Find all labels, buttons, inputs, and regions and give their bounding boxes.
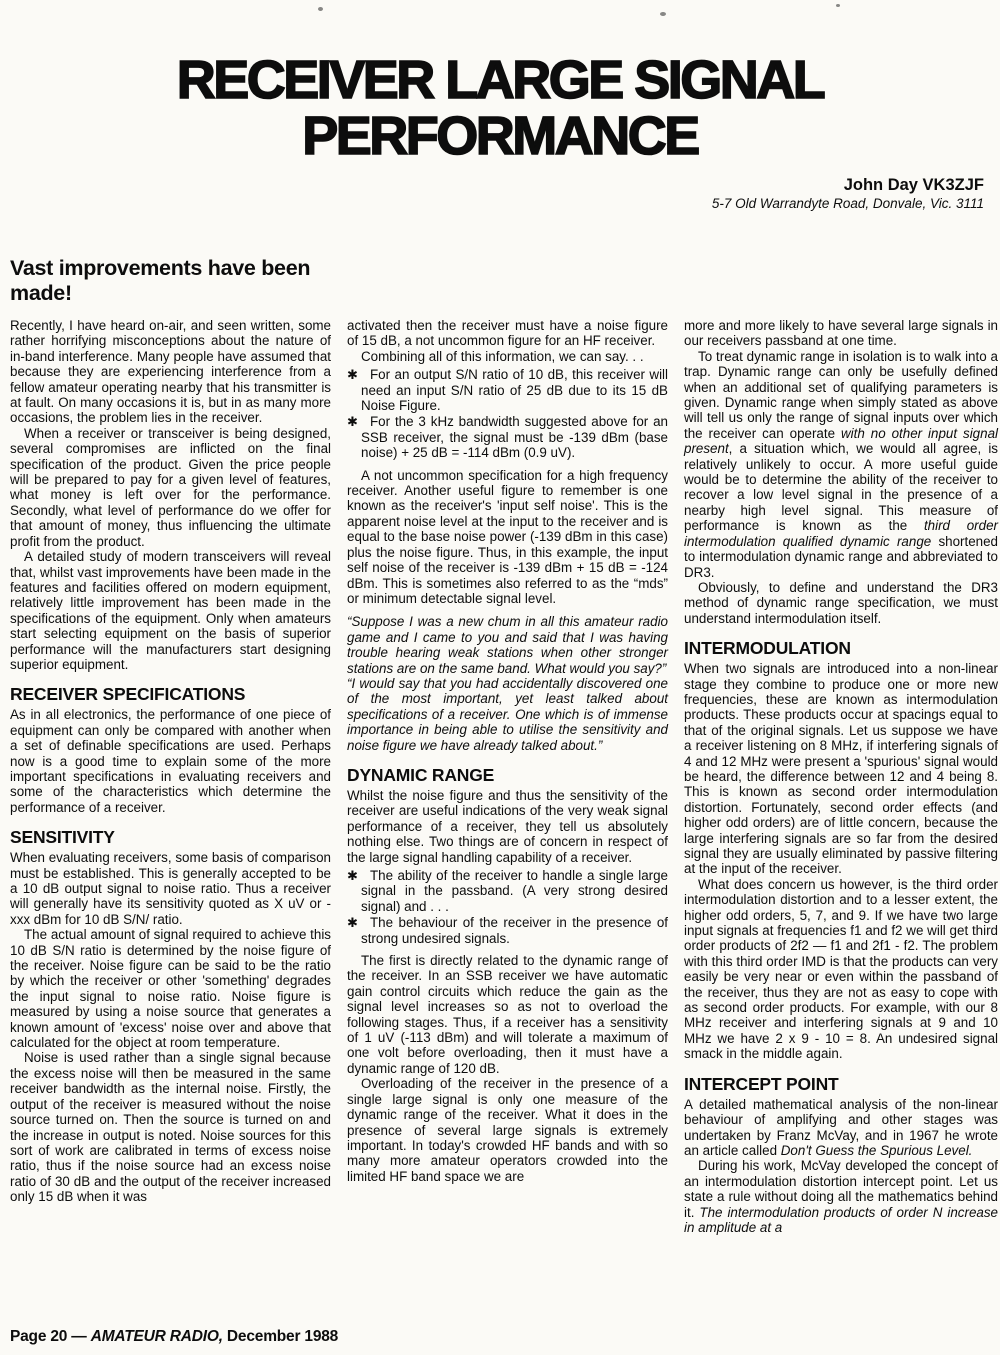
footer-page-label: Page 20 — <box>10 1328 91 1345</box>
scan-speck <box>318 7 323 11</box>
body-paragraph: During his work, McVay developed the con… <box>684 1158 998 1235</box>
body-paragraph: When two signals are introduced into a n… <box>684 661 998 877</box>
bullet-item: ✱The ability of the receiver to handle a… <box>347 868 668 914</box>
column-middle: activated then the receiver must have a … <box>347 256 668 1235</box>
bullet-item: ✱The behaviour of the receiver in the pr… <box>347 915 668 946</box>
column-right: more and more likely to have several lar… <box>684 256 998 1235</box>
article-columns: Vast improvements have been made!Recentl… <box>0 256 1000 1235</box>
page-title-line1: RECEIVER LARGE SIGNAL <box>40 52 960 108</box>
scan-speck <box>836 4 840 7</box>
bullet-text: The behaviour of the receiver in the pre… <box>361 915 668 945</box>
quote-paragraph: “Suppose I was a new chum in all this am… <box>347 614 668 676</box>
body-paragraph: What does concern us however, is the thi… <box>684 877 998 1062</box>
body-paragraph: Recently, I have heard on-air, and seen … <box>10 318 331 426</box>
section-heading: INTERCEPT POINT <box>684 1074 998 1094</box>
section-heading: RECEIVER SPECIFICATIONS <box>10 684 331 704</box>
body-paragraph: activated then the receiver must have a … <box>347 318 668 349</box>
body-paragraph: Noise is used rather than a single signa… <box>10 1050 331 1204</box>
scan-speck <box>660 12 666 16</box>
section-heading: INTERMODULATION <box>684 638 998 658</box>
body-paragraph: A detailed mathematical analysis of the … <box>684 1097 998 1159</box>
page-title-line2: PERFORMANCE <box>40 108 960 164</box>
body-paragraph: The first is directly related to the dyn… <box>347 953 668 1076</box>
column-left: Vast improvements have been made!Recentl… <box>10 256 331 1235</box>
bullet-item: ✱For the 3 kHz bandwidth suggested above… <box>347 414 668 460</box>
asterisk-bullet-icon: ✱ <box>347 414 358 429</box>
body-paragraph: A detailed study of modern transceivers … <box>10 549 331 672</box>
bullet-text: The ability of the receiver to handle a … <box>361 868 668 914</box>
footer-date: December 1988 <box>223 1328 338 1345</box>
body-paragraph: As in all electronics, the performance o… <box>10 707 331 815</box>
section-heading: DYNAMIC RANGE <box>347 765 668 785</box>
body-paragraph: Obviously, to define and understand the … <box>684 580 998 626</box>
article-subhead: Vast improvements have been made! <box>10 256 331 306</box>
bullet-item: ✱For an output S/N ratio of 10 dB, this … <box>347 367 668 413</box>
footer-magazine-name: AMATEUR RADIO, <box>91 1328 223 1345</box>
bullet-text: For the 3 kHz bandwidth suggested above … <box>361 414 668 460</box>
body-paragraph: A not uncommon specification for a high … <box>347 468 668 607</box>
body-paragraph: more and more likely to have several lar… <box>684 318 998 349</box>
author-byline: John Day VK3ZJF <box>0 176 984 195</box>
asterisk-bullet-icon: ✱ <box>347 915 358 930</box>
body-paragraph: Overloading of the receiver in the prese… <box>347 1076 668 1184</box>
italic-text-run: Don't Guess the Spurious Level. <box>781 1143 973 1158</box>
body-paragraph: Whilst the noise figure and thus the sen… <box>347 788 668 865</box>
body-paragraph: Combining all of this information, we ca… <box>347 349 668 364</box>
body-paragraph: The actual amount of signal required to … <box>10 927 331 1050</box>
section-heading: SENSITIVITY <box>10 827 331 847</box>
byline-block: John Day VK3ZJF 5-7 Old Warrandyte Road,… <box>0 176 1000 212</box>
page-title: RECEIVER LARGE SIGNAL PERFORMANCE <box>40 52 960 164</box>
asterisk-bullet-icon: ✱ <box>347 868 358 883</box>
author-address: 5-7 Old Warrandyte Road, Donvale, Vic. 3… <box>0 195 984 212</box>
italic-text-run: The intermodulation products of order N … <box>684 1205 998 1235</box>
page-footer: Page 20 — AMATEUR RADIO, December 1988 <box>10 1328 338 1346</box>
asterisk-bullet-icon: ✱ <box>347 367 358 382</box>
article-masthead: RECEIVER LARGE SIGNAL PERFORMANCE John D… <box>0 0 1000 212</box>
body-paragraph: When evaluating receivers, some basis of… <box>10 850 331 927</box>
body-paragraph: To treat dynamic range in isolation is t… <box>684 349 998 580</box>
bullet-text: For an output S/N ratio of 10 dB, this r… <box>361 367 668 413</box>
quote-paragraph: “I would say that you had accidentally d… <box>347 676 668 753</box>
body-paragraph: When a receiver or transceiver is being … <box>10 426 331 549</box>
